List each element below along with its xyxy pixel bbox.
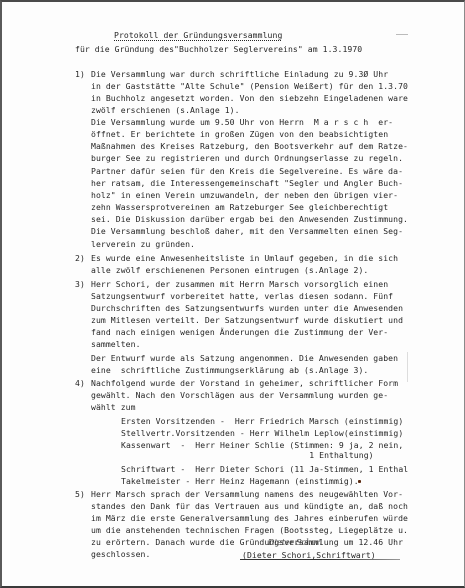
text-line: eine schriftliche Zustimmungserklärung a… [91,364,368,376]
text-line: Herr Marsch sprach der Versammlung namen… [91,488,403,500]
text-line: Die Versammlung war durch schriftliche E… [91,68,388,80]
item-number: 2) [75,252,85,264]
text-line: gewählt. Nach den Vorschlägen aus der Ve… [91,389,388,401]
text-line: zwölf erschienen (s.Anlage 1). [91,104,240,116]
scan-artifact [407,352,408,382]
text-line: holz" in einen Verein umzuwandeln, der n… [91,189,398,201]
item-number: 4) [75,377,85,389]
signature-underline [240,559,400,560]
election-row: Schriftwart - Herr Dieter Schori (11 Ja-… [121,463,408,475]
election-row: Stellvertr.Vorsitzenden - Herr Wilhelm L… [121,427,403,439]
text-line: lerverein zu gründen. [91,238,195,250]
text-line: Der Entwurf wurde als Satzung angenommen… [91,352,398,364]
text-line: Partner dafür seien für den Kreis die Se… [91,165,403,177]
text-line: Die Versammlung beschloß daher, mit den … [91,225,403,237]
text-line: im März die erste Generalversammlung des… [91,512,408,524]
ink-smudge [358,480,361,483]
text-line: Herr Schori, der zusammen mit Herrn Mars… [91,278,388,290]
scan-artifact [396,34,408,35]
text-line: zehn Wassersprotvereinen am Ratzeburger … [91,201,388,213]
text-line: burger See zu registrieren und durch Ord… [91,152,403,164]
document-title: Protokoll der Gründungsversammlung [114,29,282,41]
text-line: fand nach einigen wenigen Änderungen die… [91,326,388,338]
text-line: in der Gaststätte "Alte Schule" (Pension… [91,80,408,92]
text-line: sei. Die Diskussion darüber ergab bei de… [91,213,408,225]
document-page: Protokoll der Gründungsversammlung für d… [0,0,465,588]
text-line: Es wurde eine Anwesenheitsliste in Umlau… [91,252,398,264]
text-line: geschlossen. [91,548,150,560]
text-line: wählt zum [91,401,136,413]
item-number: 3) [75,278,85,290]
text-line: um die anstehenden technischen Fragen (B… [91,524,408,536]
text-line: Nachfolgend wurde der Vorstand in geheim… [91,377,398,389]
text-line: standes den Dank für das Vertrauen aus u… [91,500,408,512]
text-line: öffnet. Er berichtete in großen Zügen vo… [91,128,388,140]
text-line: sammelten. [91,338,141,350]
text-line: Maßnahmen des Kreises Ratzeburg, den Boo… [91,140,408,152]
election-row: Takelmeister - Herr Heinz Hagemann (eins… [121,475,359,487]
election-row: Ersten Vorsitzenden - Herr Friedrich Mar… [121,415,403,427]
text-line: Die Versammlung wurde um 9.50 Uhr von He… [91,116,393,128]
text-line: zu erörtern. Danach wurde die Gründungsv… [91,536,403,548]
text-line: her ratsam, die Interessengemeinschaft "… [91,177,403,189]
document-subtitle: für die Gründung des"Buchholzer Seglerve… [75,43,362,55]
text-line: zum Mitlesen verteilt. Der Satzungsentwu… [91,314,403,326]
text-line: Durchschriften des Satzungsentwurfs wurd… [91,302,403,314]
item-number: 1) [75,68,85,80]
text-line: alle zwölf erschienenen Personen eintrug… [91,264,368,276]
election-row: 1 Enthaltung) [121,449,374,461]
handwritten-signature: Dieter Schori [268,538,322,547]
text-line: Satzungsentwurf vorbereitet hatte, verla… [91,290,393,302]
item-number: 5) [75,488,85,500]
text-line: in Buchholz angesetzt worden. Von den si… [91,92,408,104]
